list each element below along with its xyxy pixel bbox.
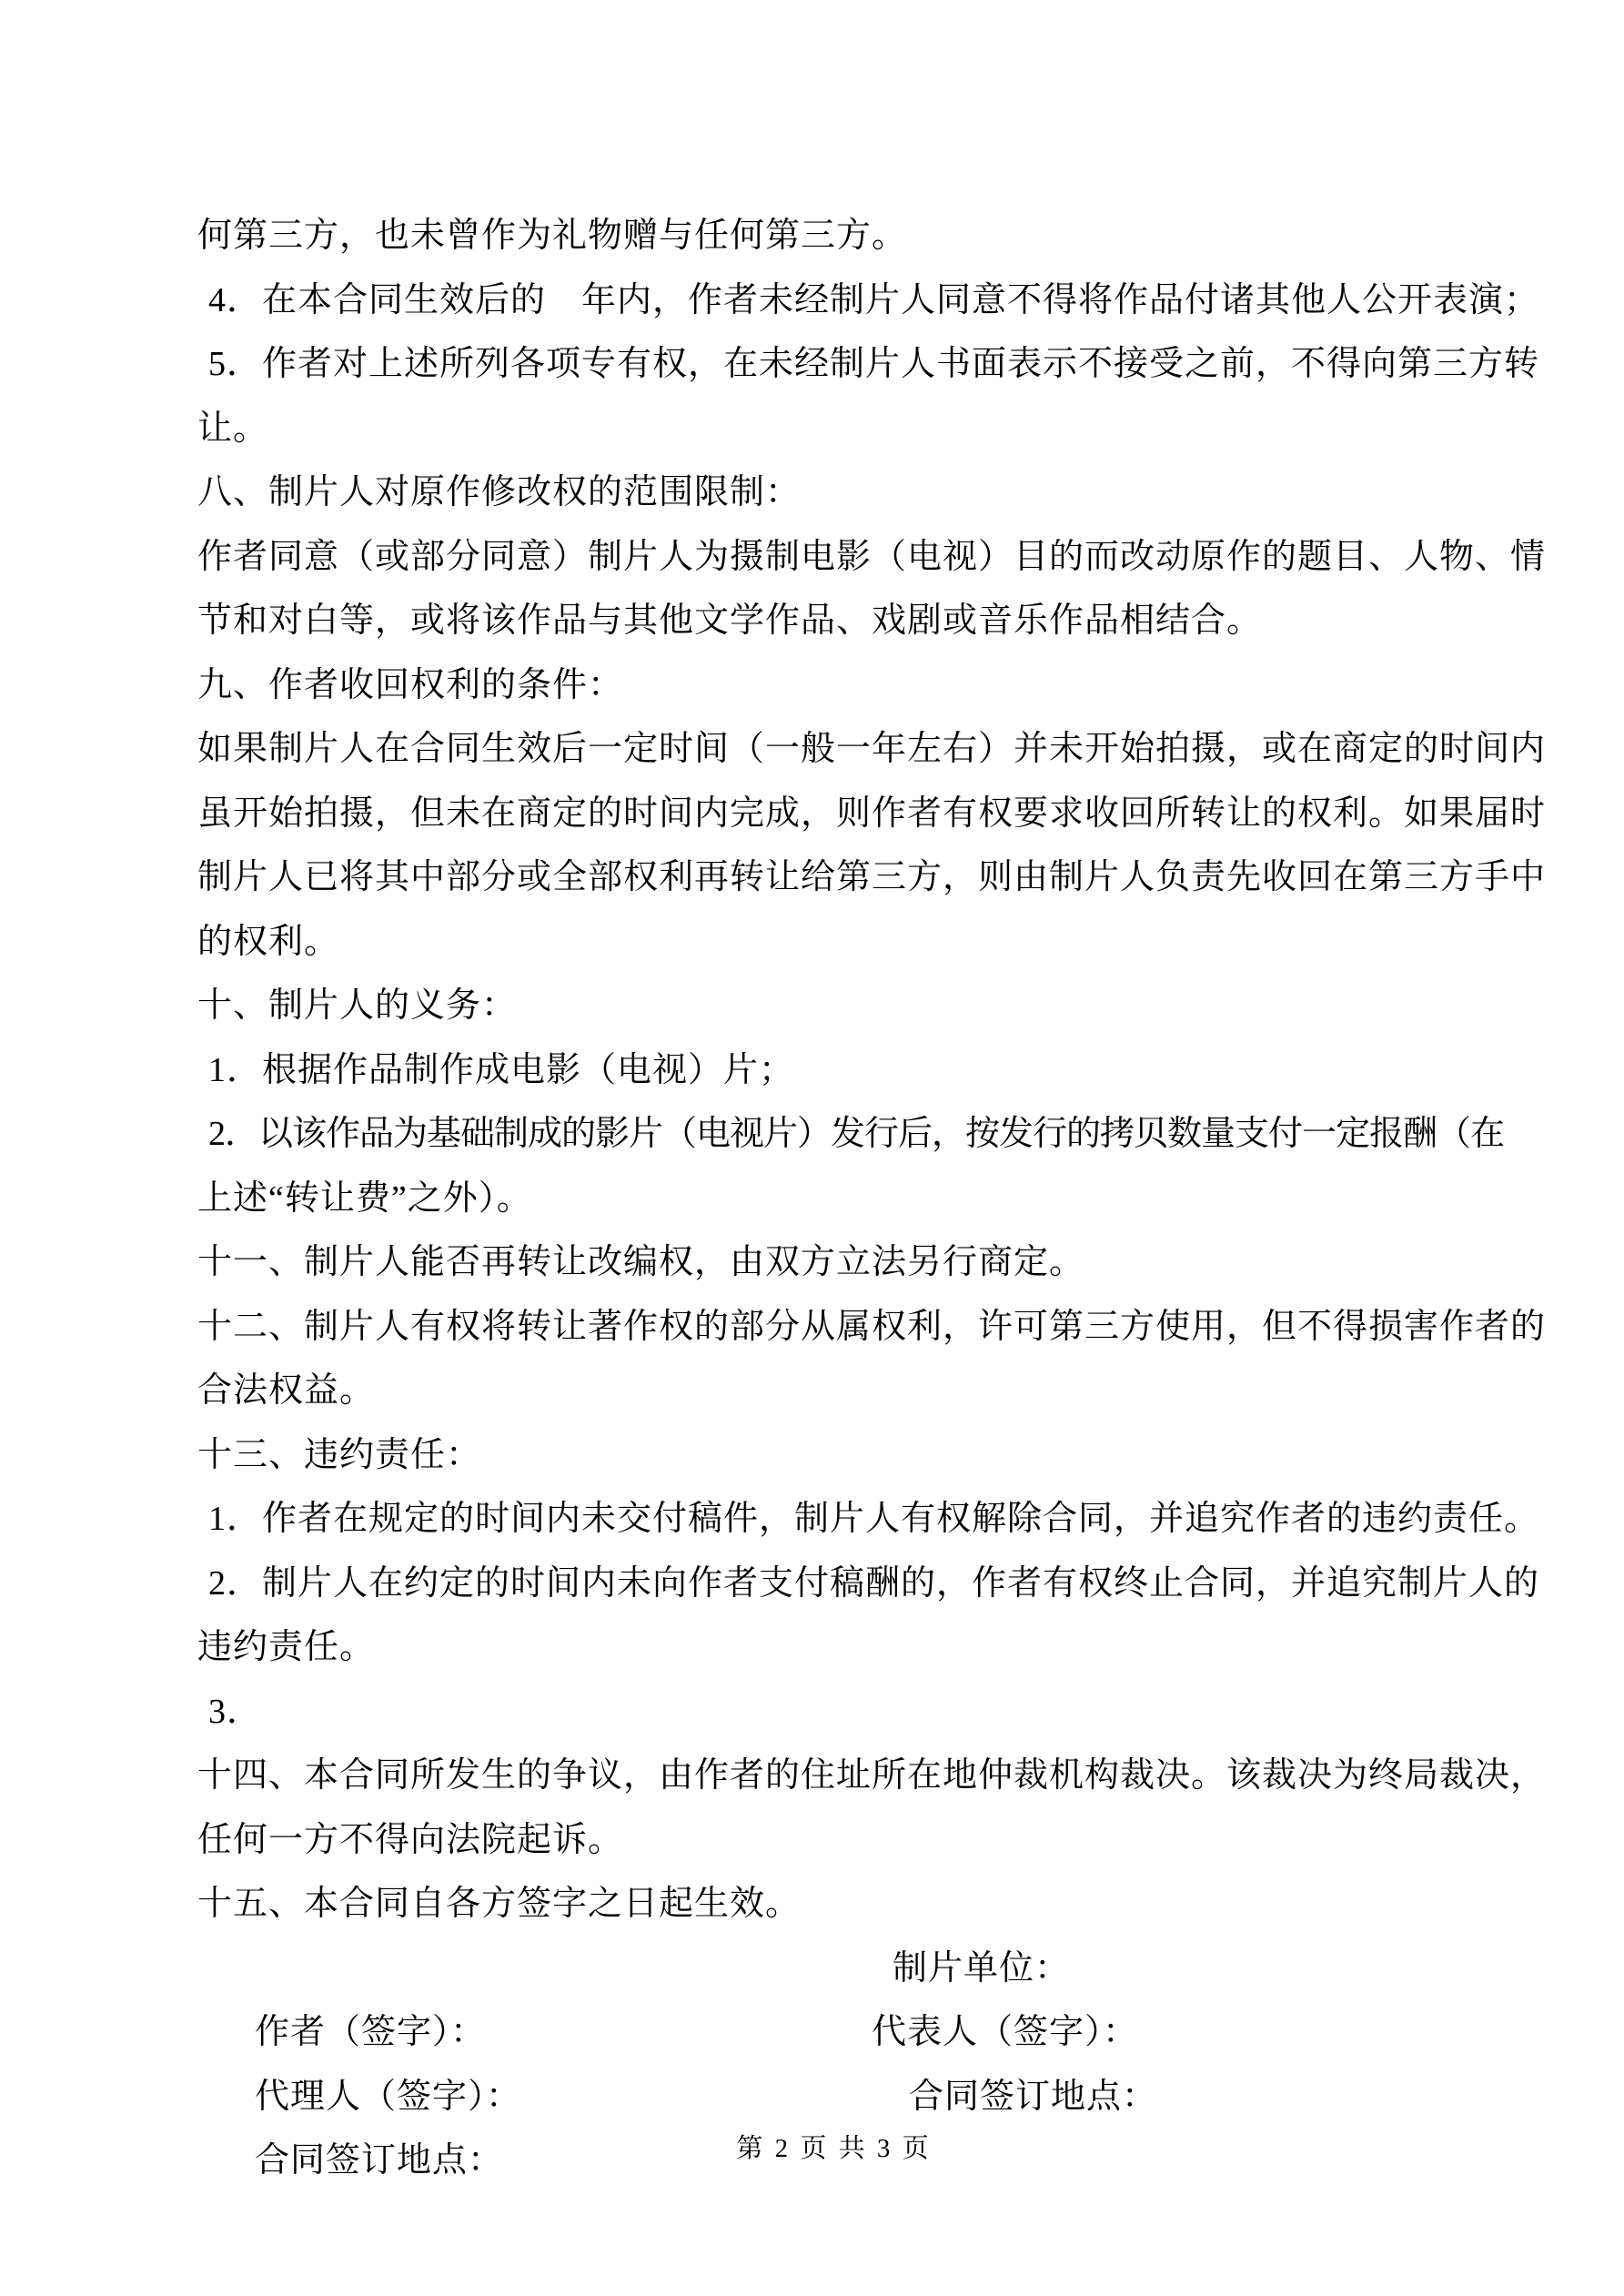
contract-page: 何第三方，也未曾作为礼物赠与任何第三方。 4．在本合同生效后的 年内，作者未经制… (0, 0, 1624, 2296)
contract-line-article-8: 八、制片人对原作修改权的范围限制： (197, 460, 1580, 525)
contract-line: 任何一方不得向法院起诉。 (197, 1808, 1580, 1873)
contract-line-clause-2: 2．制片人在约定的时间内未向作者支付稿酬的，作者有权终止合同，并追究制片人的 (197, 1552, 1580, 1616)
contract-line: 如果制片人在合同生效后一定时间（一般一年左右）并未开始拍摄，或在商定的时间内 (197, 717, 1580, 782)
contract-line: 何第三方，也未曾作为礼物赠与任何第三方。 (197, 204, 1580, 268)
contract-line-clause-3: 3． (197, 1680, 1580, 1745)
contract-line-article-13: 十三、违约责任： (197, 1423, 1580, 1488)
representative-sign-label: 代表人（签字）： (872, 2000, 1138, 2065)
contract-line: 违约责任。 (197, 1615, 1580, 1680)
contract-line-article-12: 十二、制片人有权将转让著作权的部分从属权利，许可第三方使用，但不得损害作者的 (197, 1295, 1580, 1360)
contract-line-article-10: 十、制片人的义务： (197, 974, 1580, 1038)
page-number: 第 2 页 共 3 页 (22, 2128, 1624, 2165)
producer-unit-label: 制片单位： (893, 1937, 1070, 2001)
contract-line-clause-5: 5．作者对上述所列各项专有权，在未经制片人书面表示不接受之前，不得向第三方转 (197, 332, 1580, 397)
signing-place-right-label: 合同签订地点： (909, 2065, 1157, 2129)
contract-line: 制片人已将其中部分或全部权利再转让给第三方，则由制片人负责先收回在第三方手中 (197, 845, 1580, 910)
contract-line-clause-1: 1．作者在规定的时间内未交付稿件，制片人有权解除合同，并追究作者的违约责任。 (197, 1487, 1580, 1552)
contract-line-article-11: 十一、制片人能否再转让改编权，由双方立法另行商定。 (197, 1230, 1580, 1295)
contract-line-article-9: 九、作者收回权利的条件： (197, 653, 1580, 718)
contract-body: 何第三方，也未曾作为礼物赠与任何第三方。 4．在本合同生效后的 年内，作者未经制… (197, 204, 1580, 2129)
contract-line-clause-1: 1．根据作品制作成电影（电视）片； (197, 1038, 1580, 1103)
signature-row: 合同签订地点： 合同签订地点： (197, 2065, 1580, 2129)
contract-line: 让。 (197, 397, 1580, 461)
contract-line: 的权利。 (197, 910, 1580, 975)
contract-line: 上述“转让费”之外）。 (197, 1167, 1580, 1231)
contract-line-article-14: 十四、本合同所发生的争议，由作者的住址所在地仲裁机构裁决。该裁决为终局裁决， (197, 1744, 1580, 1808)
contract-line-article-15: 十五、本合同自各方签字之日起生效。 (197, 1872, 1580, 1937)
contract-line: 合法权益。 (197, 1359, 1580, 1423)
signature-row: 作者（签字）： 制片单位： (197, 1937, 1580, 2001)
contract-line: 虽开始拍摄，但未在商定的时间内完成，则作者有权要求收回所转让的权利。如果届时 (197, 782, 1580, 846)
contract-line: 作者同意（或部分同意）制片人为摄制电影（电视）目的而改动原作的题目、人物、情 (197, 525, 1580, 590)
contract-line-clause-2: 2．以该作品为基础制成的影片（电视片）发行后，按发行的拷贝数量支付一定报酬（在 (197, 1102, 1580, 1167)
signature-row: 代理人（签字）： 代表人（签字）： (197, 2000, 1580, 2065)
contract-line-clause-4: 4．在本合同生效后的 年内，作者未经制片人同意不得将作品付诸其他人公开表演； (197, 268, 1580, 333)
contract-line: 节和对白等，或将该作品与其他文学作品、戏剧或音乐作品相结合。 (197, 589, 1580, 653)
